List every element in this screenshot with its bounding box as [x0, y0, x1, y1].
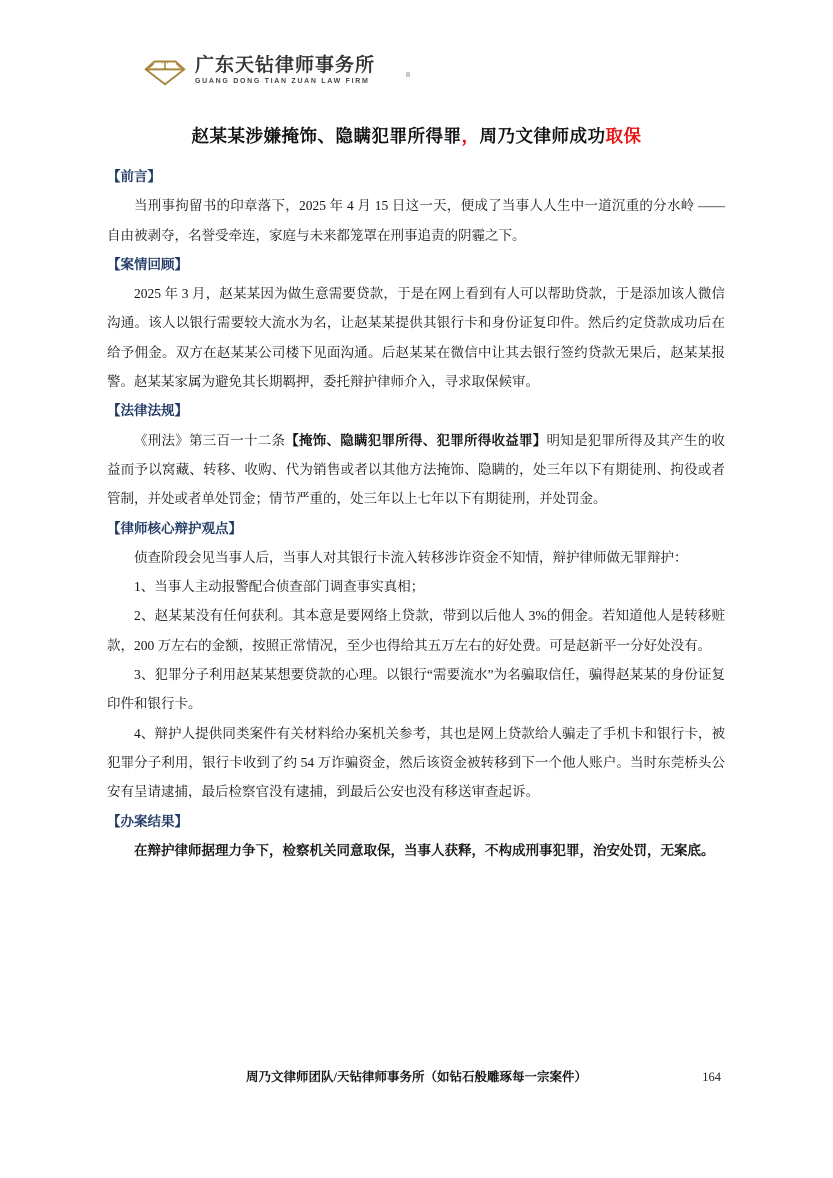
document-title: 赵某某涉嫌掩饰、隐瞒犯罪所得罪，周乃文律师成功取保	[0, 121, 833, 151]
paragraph: 2025 年 3 月，赵某某因为做生意需要贷款，于是在网上看到有人可以帮助贷款，…	[107, 279, 725, 396]
firm-name-english: GUANG DONG TIAN ZUAN LAW FIRM	[195, 77, 375, 87]
document-body: 【前言】当刑事拘留书的印章落下，2025 年 4 月 15 日这一天，便成了当事…	[107, 162, 725, 865]
letterhead: T 广东天钻律师事务所 GUANG DONG TIAN ZUAN LAW FIR…	[144, 54, 375, 92]
document-page: T 广东天钻律师事务所 GUANG DONG TIAN ZUAN LAW FIR…	[0, 0, 833, 1178]
footer-text: 周乃文律师团队/天钻律师事务所（如钻石般雕琢每一宗案件）	[246, 1070, 587, 1084]
paragraph: 侦查阶段会见当事人后，当事人对其银行卡流入转移涉诈资金不知情，辩护律师做无罪辩护…	[107, 543, 725, 572]
section-heading: 【前言】	[107, 162, 725, 191]
section-heading: 【律师核心辩护观点】	[107, 514, 725, 543]
text-run-bold: 【掩饰、隐瞒犯罪所得、犯罪所得收益罪】	[285, 433, 546, 448]
page-number: 164	[702, 1066, 721, 1088]
scan-artifact-dot	[406, 72, 410, 77]
svg-text:T: T	[162, 61, 169, 72]
section-heading: 【办案结果】	[107, 807, 725, 836]
diamond-logo-icon: T	[144, 57, 186, 92]
section-heading: 【案情回顾】	[107, 250, 725, 279]
title-red-segment: ，	[462, 126, 480, 146]
logo-text-block: 广东天钻律师事务所 GUANG DONG TIAN ZUAN LAW FIRM	[195, 54, 375, 87]
paragraph: 2、赵某某没有任何获利。其本意是要网络上贷款，带到以后他人 3%的佣金。若知道他…	[107, 601, 725, 660]
text-run: 3、犯罪分子利用赵某某想要贷款的心理。以银行“需要流水”为名骗取信任，骗得赵某某…	[107, 667, 725, 711]
text-run: 1、当事人主动报警配合侦查部门调查事实真相；	[134, 579, 424, 594]
paragraph: 4、辩护人提供同类案件有关材料给办案机关参考，其也是网上贷款给人骗走了手机卡和银…	[107, 719, 725, 807]
text-run-bold: 在辩护律师据理力争下，检察机关同意取保，当事人获释，不构成刑事犯罪，治安处罚，无…	[134, 843, 715, 858]
title-segment: 周乃文律师成功	[480, 126, 606, 146]
text-run: 当刑事拘留书的印章落下，2025 年 4 月 15 日这一天，便成了当事人人生中…	[107, 198, 725, 242]
firm-name-chinese: 广东天钻律师事务所	[195, 54, 375, 77]
title-segment: 赵某某涉嫌掩饰、隐瞒犯罪所得罪	[192, 126, 462, 146]
title-red-segment: 取保	[606, 126, 642, 146]
text-run: 2025 年 3 月，赵某某因为做生意需要贷款，于是在网上看到有人可以帮助贷款，…	[107, 286, 725, 389]
paragraph: 1、当事人主动报警配合侦查部门调查事实真相；	[107, 572, 725, 601]
text-run: 《刑法》第三百一十二条	[134, 433, 285, 448]
paragraph: 在辩护律师据理力争下，检察机关同意取保，当事人获释，不构成刑事犯罪，治安处罚，无…	[107, 836, 725, 865]
section-heading: 【法律法规】	[107, 396, 725, 425]
paragraph: 3、犯罪分子利用赵某某想要贷款的心理。以银行“需要流水”为名骗取信任，骗得赵某某…	[107, 660, 725, 719]
page-footer: 周乃文律师团队/天钻律师事务所（如钻石般雕琢每一宗案件） 164	[0, 1066, 833, 1088]
text-run: 4、辩护人提供同类案件有关材料给办案机关参考，其也是网上贷款给人骗走了手机卡和银…	[107, 726, 725, 800]
paragraph: 当刑事拘留书的印章落下，2025 年 4 月 15 日这一天，便成了当事人人生中…	[107, 191, 725, 250]
paragraph: 《刑法》第三百一十二条【掩饰、隐瞒犯罪所得、犯罪所得收益罪】明知是犯罪所得及其产…	[107, 426, 725, 514]
text-run: 侦查阶段会见当事人后，当事人对其银行卡流入转移涉诈资金不知情，辩护律师做无罪辩护…	[134, 550, 688, 565]
text-run: 2、赵某某没有任何获利。其本意是要网络上贷款，带到以后他人 3%的佣金。若知道他…	[107, 608, 725, 652]
